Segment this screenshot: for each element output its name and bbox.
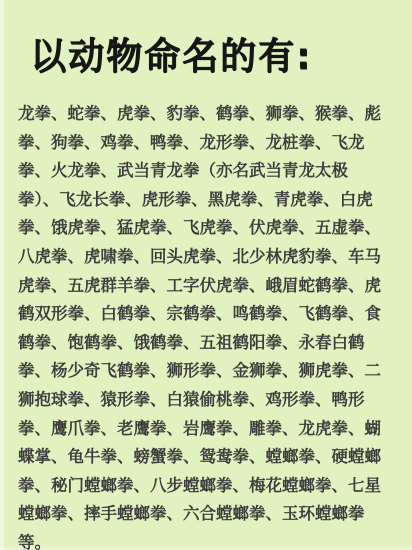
page-title: 以动物命名的有: <box>30 34 312 81</box>
text-line: 八虎拳、虎啸拳、回头虎拳、北少林虎豹拳、车马 <box>18 243 400 272</box>
text-line: 狮抱球拳、猿形拳、白猿偷桃拳、鸡形拳、鸭形 <box>18 386 400 415</box>
text-line: 拳、鹰爪拳、老鹰拳、岩鹰拳、雕拳、龙虎拳、蝴 <box>18 415 400 444</box>
text-line: 龙拳、蛇拳、虎拳、豹拳、鹤拳、狮拳、猴拳、彪 <box>18 100 400 129</box>
body-text-block: 龙拳、蛇拳、虎拳、豹拳、鹤拳、狮拳、猴拳、彪 拳、狗拳、鸡拳、鸭拳、龙形拳、龙桩… <box>18 100 400 550</box>
text-line: 拳、饿虎拳、猛虎拳、飞虎拳、伏虎拳、五虚拳、 <box>18 214 400 243</box>
text-line: 等。 <box>18 529 400 550</box>
text-line: 拳、火龙拳、武当青龙拳（亦名武当青龙太极 <box>18 157 400 186</box>
text-line: 拳）、飞龙长拳、虎形拳、黑虎拳、青虎拳、白虎 <box>18 186 400 215</box>
text-line: 鹤拳、饱鹤拳、饿鹤拳、五祖鹤阳拳、永春白鹤 <box>18 329 400 358</box>
text-line: 拳、杨少奇飞鹤拳、狮形拳、金狮拳、狮虎拳、二 <box>18 357 400 386</box>
text-line: 蝶掌、龟牛拳、螃蟹拳、鸳鸯拳、螳螂拳、硬螳螂 <box>18 443 400 472</box>
text-line: 螳螂拳、摔手螳螂拳、六合螳螂拳、玉环螳螂拳 <box>18 500 400 529</box>
text-line: 虎拳、五虎群羊拳、工字伏虎拳、峨眉蛇鹤拳、虎 <box>18 272 400 301</box>
text-line: 拳、秘门螳螂拳、八步螳螂拳、梅花螳螂拳、七星 <box>18 472 400 501</box>
text-line: 鹤双形拳、白鹤拳、宗鹤拳、鸣鹤拳、飞鹤拳、食 <box>18 300 400 329</box>
document-page: 以动物命名的有: 龙拳、蛇拳、虎拳、豹拳、鹤拳、狮拳、猴拳、彪 拳、狗拳、鸡拳、… <box>0 0 412 550</box>
text-line: 拳、狗拳、鸡拳、鸭拳、龙形拳、龙桩拳、飞龙 <box>18 129 400 158</box>
